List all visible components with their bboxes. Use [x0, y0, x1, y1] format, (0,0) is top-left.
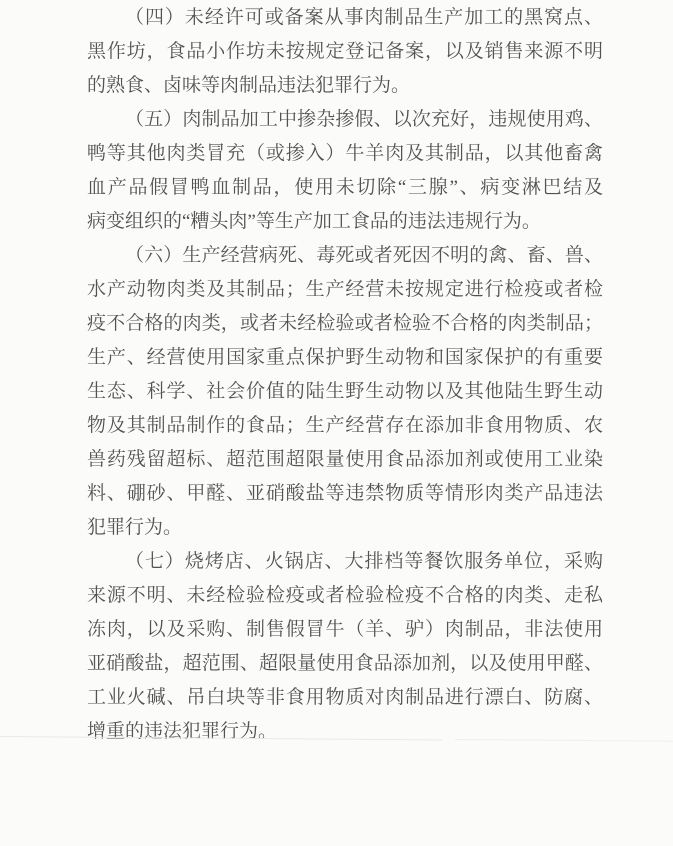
- text-line: （七）烧烤店、火锅店、大排档等餐饮服务单位，采购: [87, 545, 603, 579]
- text-line: 的熟食、卤味等肉制品违法犯罪行为。: [87, 69, 603, 103]
- text-line: 料、硼砂、甲醛、亚硝酸盐等违禁物质等情形肉类产品违法: [87, 477, 603, 511]
- text-line: 生产、经营使用国家重点保护野生动物和国家保护的有重要: [87, 341, 603, 375]
- text-line: 亚硝酸盐，超范围、超限量使用食品添加剂，以及使用甲醛、: [87, 647, 603, 681]
- text-line: （四）未经许可或备案从事肉制品生产加工的黑窝点、: [87, 1, 603, 35]
- text-line: 犯罪行为。: [87, 511, 603, 545]
- text-line: 黑作坊，食品小作坊未按规定登记备案，以及销售来源不明: [87, 35, 603, 69]
- text-line: （六）生产经营病死、毒死或者死因不明的禽、畜、兽、: [87, 239, 603, 273]
- text-line: 工业火碱、吊白块等非食用物质对肉制品进行漂白、防腐、: [87, 681, 603, 715]
- text-line: 兽药残留超标、超范围超限量使用食品添加剂或使用工业染: [87, 443, 603, 477]
- document-text-block: （四）未经许可或备案从事肉制品生产加工的黑窝点、 黑作坊，食品小作坊未按规定登记…: [87, 1, 603, 749]
- text-line: 水产动物肉类及其制品；生产经营未按规定进行检疫或者检: [87, 273, 603, 307]
- text-line: 生态、科学、社会价值的陆生野生动物以及其他陆生野生动: [87, 375, 603, 409]
- text-line: 病变组织的“糟头肉”等生产加工食品的违法违规行为。: [87, 205, 603, 239]
- text-line: 来源不明、未经检验检疫或者检验检疫不合格的肉类、走私: [87, 579, 603, 613]
- text-line: （五）肉制品加工中掺杂掺假、以次充好，违规使用鸡、: [87, 103, 603, 137]
- text-line: 鸭等其他肉类冒充（或掺入）牛羊肉及其制品，以其他畜禽: [87, 137, 603, 171]
- text-line: 血产品假冒鸭血制品，使用未切除“三腺”、病变淋巴结及: [87, 171, 603, 205]
- text-line: 物及其制品制作的食品；生产经营存在添加非食用物质、农: [87, 409, 603, 443]
- document-page: （四）未经许可或备案从事肉制品生产加工的黑窝点、 黑作坊，食品小作坊未按规定登记…: [0, 0, 673, 846]
- text-line: 疫不合格的肉类，或者未经检验或者检验不合格的肉类制品；: [87, 307, 603, 341]
- paragraph-item-5: （五）肉制品加工中掺杂掺假、以次充好，违规使用鸡、 鸭等其他肉类冒充（或掺入）牛…: [87, 103, 603, 239]
- paragraph-item-4: （四）未经许可或备案从事肉制品生产加工的黑窝点、 黑作坊，食品小作坊未按规定登记…: [87, 1, 603, 103]
- paragraph-item-6: （六）生产经营病死、毒死或者死因不明的禽、畜、兽、 水产动物肉类及其制品；生产经…: [87, 239, 603, 545]
- text-line: 冻肉，以及采购、制售假冒牛（羊、驴）肉制品，非法使用: [87, 613, 603, 647]
- text-line: 增重的违法犯罪行为。: [87, 715, 603, 749]
- paragraph-item-7: （七）烧烤店、火锅店、大排档等餐饮服务单位，采购 来源不明、未经检验检疫或者检验…: [87, 545, 603, 749]
